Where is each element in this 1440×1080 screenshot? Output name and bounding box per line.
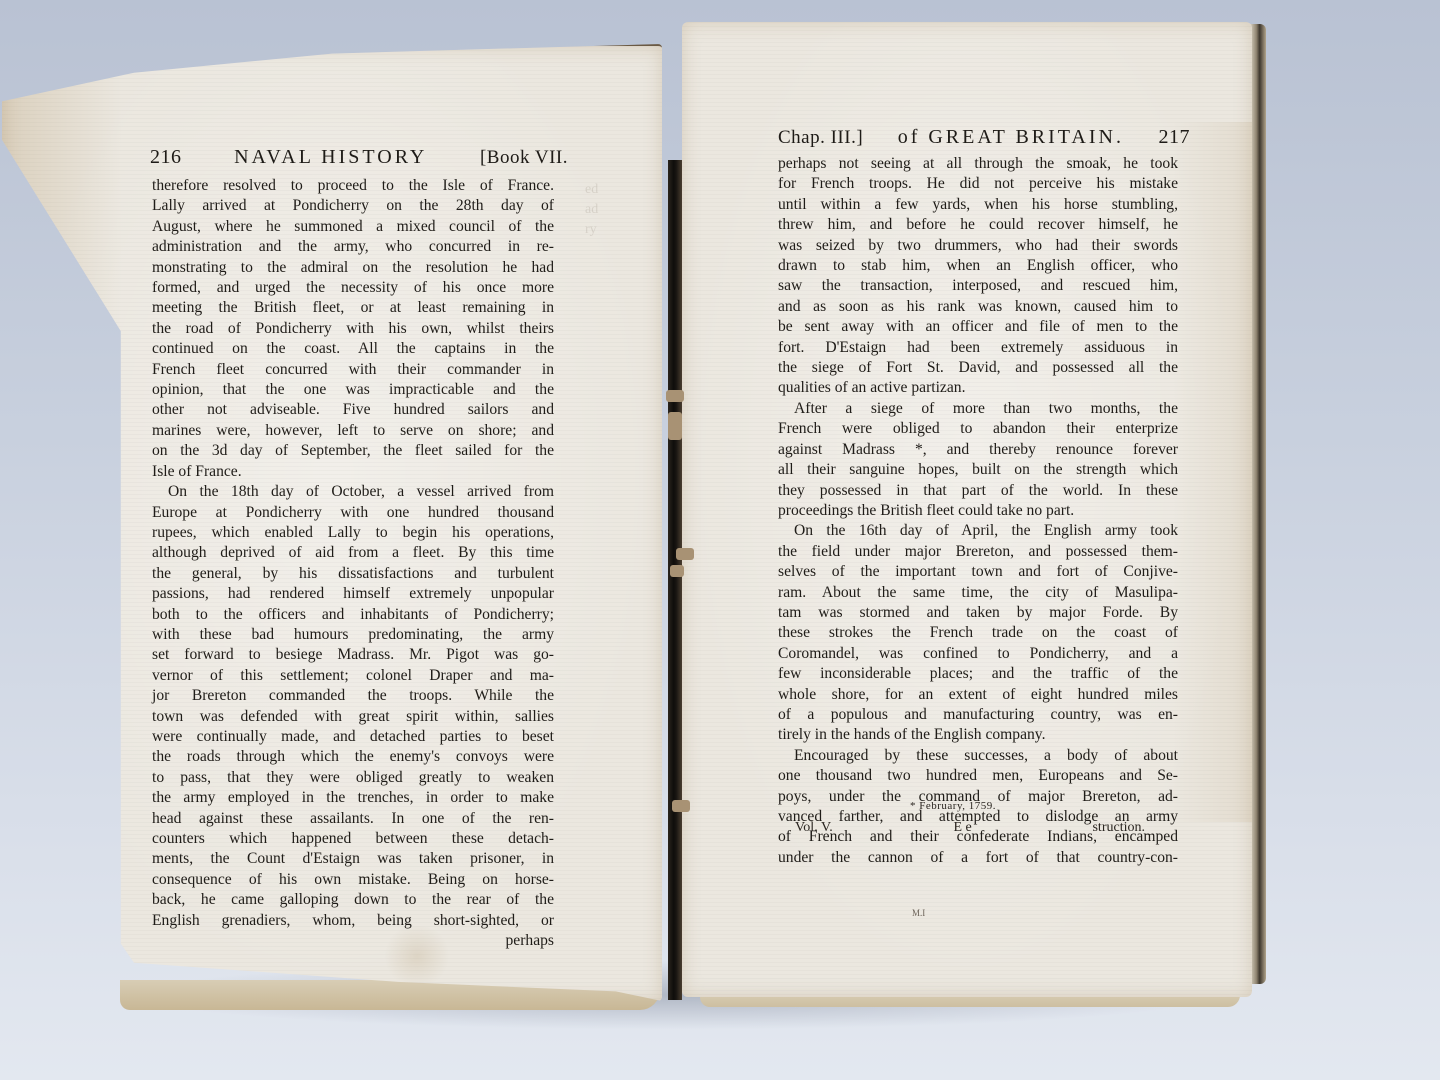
volume-mark: Vol. V. — [795, 820, 833, 836]
book-gutter — [668, 160, 682, 1000]
fore-edge-stack — [1250, 24, 1266, 984]
running-title: NAVAL HISTORY — [234, 146, 427, 169]
binding-stitch — [670, 565, 684, 577]
right-running-head: Chap. III.] of GREAT BRITAIN. 217 — [778, 126, 1190, 149]
book-reference: [Book VII. — [480, 147, 568, 169]
page-stain — [2, 46, 122, 1001]
page-stain — [1172, 122, 1252, 822]
binding-stitch — [672, 800, 690, 812]
open-book: 216 NAVAL HISTORY [Book VII. edadry ther… — [0, 0, 1440, 1080]
chapter-reference: Chap. III.] — [778, 127, 863, 149]
footnote: * February, 1759. — [910, 800, 996, 812]
binding-stitch — [666, 390, 684, 402]
left-body-text: therefore resolved to proceed to the Isl… — [152, 176, 554, 951]
running-title: of GREAT BRITAIN. — [898, 126, 1124, 149]
catchword: struction. — [1092, 820, 1145, 836]
page-number: 217 — [1158, 126, 1190, 149]
page-signature-line: Vol. V. E e struction. — [795, 820, 1145, 836]
left-running-head: 216 NAVAL HISTORY [Book VII. — [150, 146, 568, 169]
signature-mark: E e — [953, 820, 971, 836]
show-through-text: edadry — [585, 180, 598, 240]
page-number: 216 — [150, 146, 182, 169]
binding-stitch — [668, 412, 682, 440]
catchword: perhaps — [152, 931, 554, 951]
binding-stitch — [676, 548, 694, 560]
stray-mark: M.I — [912, 908, 925, 918]
right-body-text: perhaps not seeing at all through the sm… — [778, 154, 1178, 868]
